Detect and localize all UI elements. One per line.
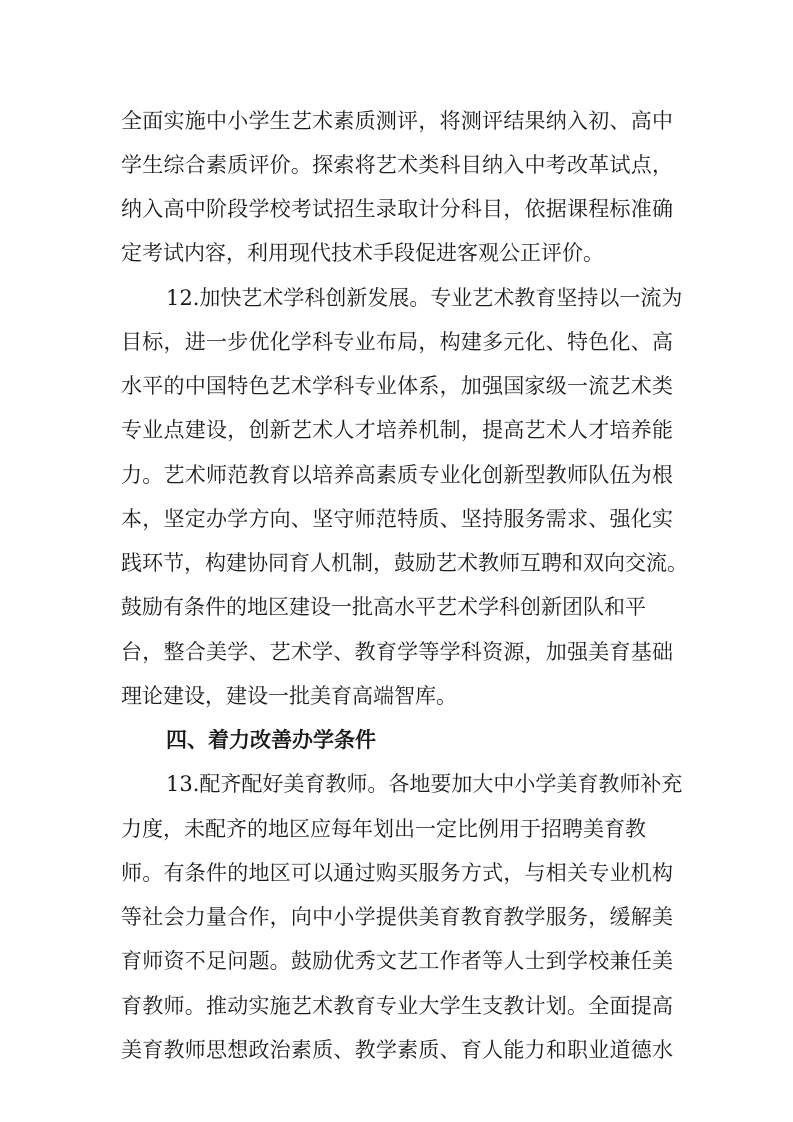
paragraph-line: 等社会力量合作，向中小学提供美育教育教学服务，缓解美 [121, 902, 673, 932]
paragraph-line: 专业点建设，创新艺术人才培养机制，提高艺术人才培养能 [121, 415, 673, 445]
paragraph-line: 育教师。推动实施艺术教育专业大学生支教计划。全面提高 [121, 991, 673, 1021]
section-heading: 四、着力改善办学条件 [166, 725, 673, 755]
section-12-first-line: 12.加快艺术学科创新发展。专业艺术教育坚持以一流为 [166, 283, 673, 313]
paragraph-line: 全面实施中小学生艺术素质测评，将测评结果纳入初、高中 [121, 106, 673, 136]
paragraph-line: 台，整合美学、艺术学、教育学等学科资源，加强美育基础 [121, 637, 673, 667]
paragraph-line: 践环节，构建协同育人机制，鼓励艺术教师互聘和双向交流。 [121, 548, 673, 578]
paragraph-line: 鼓励有条件的地区建设一批高水平艺术学科创新团队和平 [121, 592, 673, 622]
paragraph-line: 定考试内容，利用现代技术手段促进客观公正评价。 [121, 238, 673, 268]
paragraph-line: 纳入高中阶段学校考试招生录取计分科目，依据课程标准确 [121, 194, 673, 224]
paragraph-line: 力。艺术师范教育以培养高素质专业化创新型教师队伍为根 [121, 460, 673, 490]
document-page: 全面实施中小学生艺术素质测评，将测评结果纳入初、高中 学生综合素质评价。探索将艺… [0, 0, 793, 1122]
section-13-first-line: 13.配齐配好美育教师。各地要加大中小学美育教师补充 [166, 769, 673, 799]
paragraph-line: 本，坚定办学方向、坚守师范特质、坚持服务需求、强化实 [121, 504, 673, 534]
paragraph-line: 水平的中国特色艺术学科专业体系，加强国家级一流艺术类 [121, 371, 673, 401]
paragraph-line: 力度，未配齐的地区应每年划出一定比例用于招聘美育教 [121, 814, 673, 844]
paragraph-line: 学生综合素质评价。探索将艺术类科目纳入中考改革试点， [121, 150, 673, 180]
paragraph-line: 理论建设，建设一批美育高端智库。 [121, 681, 673, 711]
paragraph-line: 目标，进一步优化学科专业布局，构建多元化、特色化、高 [121, 327, 673, 357]
paragraph-line: 美育教师思想政治素质、教学素质、育人能力和职业道德水 [121, 1035, 673, 1065]
paragraph-line: 师。有条件的地区可以通过购买服务方式，与相关专业机构 [121, 858, 673, 888]
paragraph-line: 育师资不足问题。鼓励优秀文艺工作者等人士到学校兼任美 [121, 946, 673, 976]
